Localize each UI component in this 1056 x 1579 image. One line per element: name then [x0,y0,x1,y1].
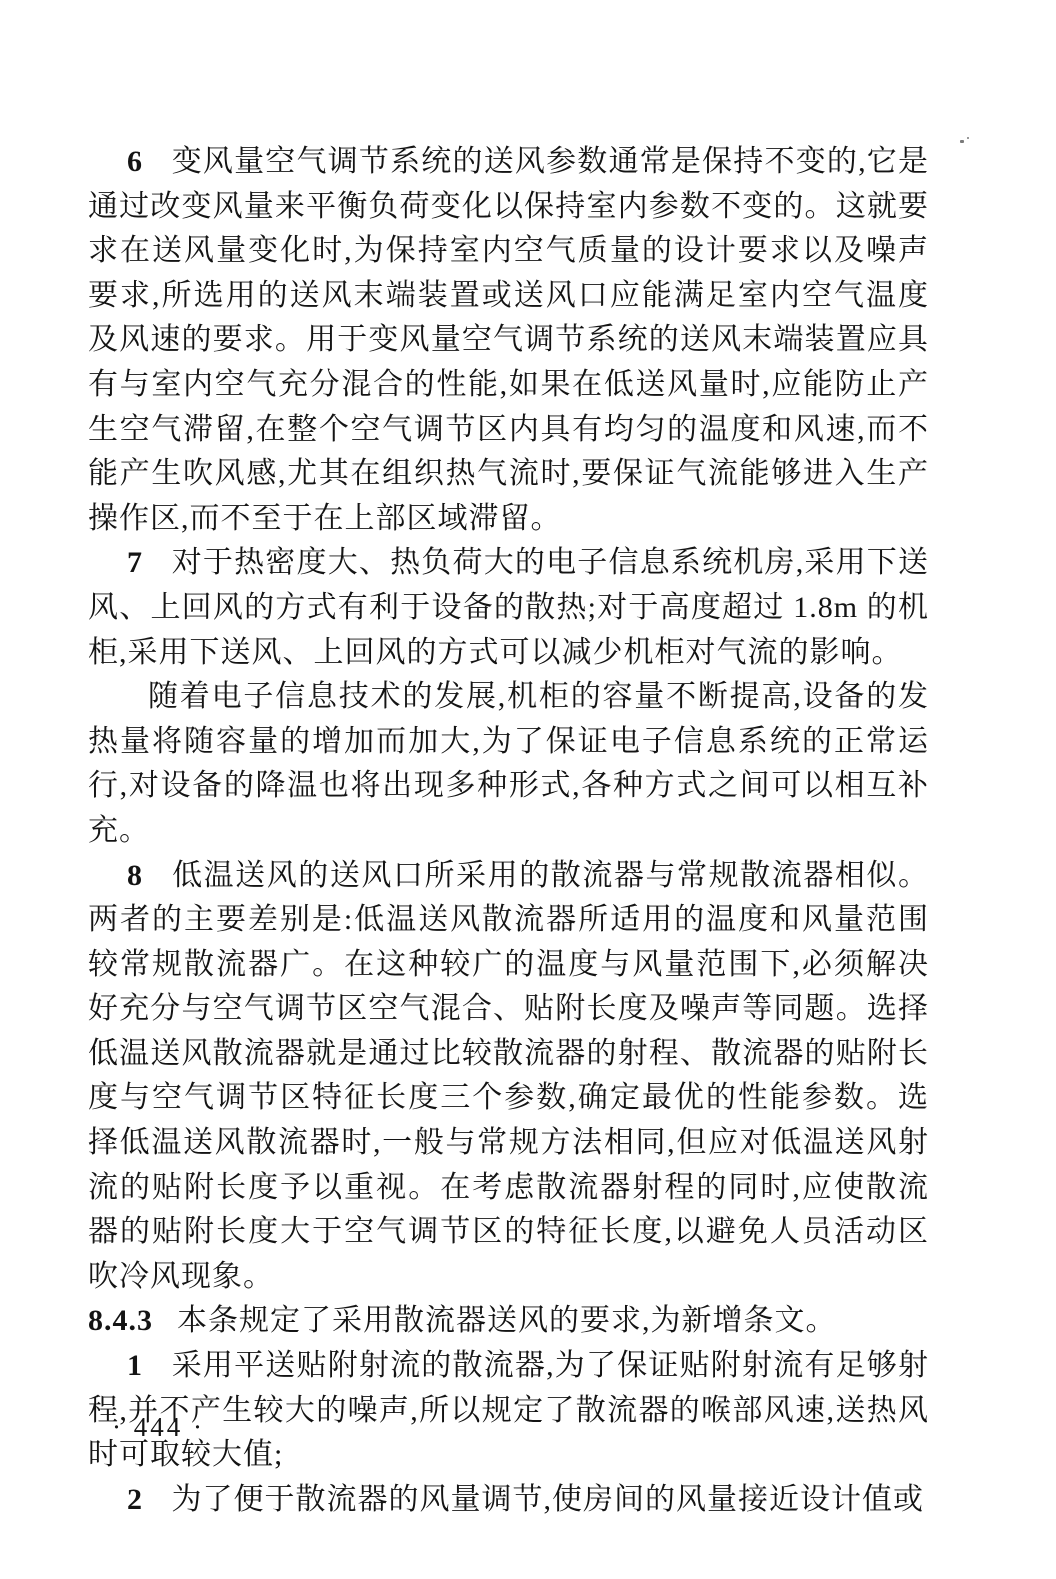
paragraph-text: 本条规定了采用散流器送风的要求,为新增条文。 [177,1304,837,1337]
paragraph-text: 变风量空气调节系统的送风参数通常是保持不变的,它是通过改变风量来平衡负荷变化以保… [88,145,929,535]
item-number: 7 [127,546,143,579]
paragraph-text: 低温送风的送风口所采用的散流器与常规散流器相似。两者的主要差别是:低温送风散流器… [88,859,929,1293]
paragraph-item-6: 6变风量空气调节系统的送风参数通常是保持不变的,它是通过改变风量来平衡负荷变化以… [88,140,929,541]
item-number: 1 [127,1349,143,1382]
paragraph-text: 为了便于散流器的风量调节,使房间的风量接近设计值或 [172,1483,925,1516]
scan-artifact-dot [960,140,964,143]
paragraph-subitem-1: 1采用平送贴附射流的散流器,为了保证贴附射流有足够射程,并不产生较大的噪声,所以… [88,1344,929,1478]
paragraph-item-7: 7对于热密度大、热负荷大的电子信息系统机房,采用下送风、上回风的方式有利于设备的… [88,541,929,675]
item-number: 8 [127,859,143,892]
page-number: · 444 · [112,1412,205,1442]
paragraph-item-8: 8低温送风的送风口所采用的散流器与常规散流器相似。两者的主要差别是:低温送风散流… [88,854,929,1300]
document-page: 6变风量空气调节系统的送风参数通常是保持不变的,它是通过改变风量来平衡负荷变化以… [0,0,1056,1579]
paragraph-text: 随着电子信息技术的发展,机柜的容量不断提高,设备的发热量将随容量的增加而加大,为… [88,680,929,847]
paragraph-text: 采用平送贴附射流的散流器,为了保证贴附射流有足够射程,并不产生较大的噪声,所以规… [88,1349,929,1471]
item-number: 2 [127,1483,143,1516]
paragraph-text: 对于热密度大、热负荷大的电子信息系统机房,采用下送风、上回风的方式有利于设备的散… [88,546,929,668]
clause-number: 8.4.3 [88,1304,153,1337]
text-block: 6变风量空气调节系统的送风参数通常是保持不变的,它是通过改变风量来平衡负荷变化以… [88,140,929,1522]
paragraph-clause-8-4-3: 8.4.3本条规定了采用散流器送风的要求,为新增条文。 [88,1299,929,1344]
paragraph-subitem-2: 2为了便于散流器的风量调节,使房间的风量接近设计值或 [88,1478,929,1523]
page-footer: · 444 · [112,1412,205,1443]
item-number: 6 [127,145,143,178]
paragraph-supplement: 随着电子信息技术的发展,机柜的容量不断提高,设备的发热量将随容量的增加而加大,为… [88,675,929,853]
